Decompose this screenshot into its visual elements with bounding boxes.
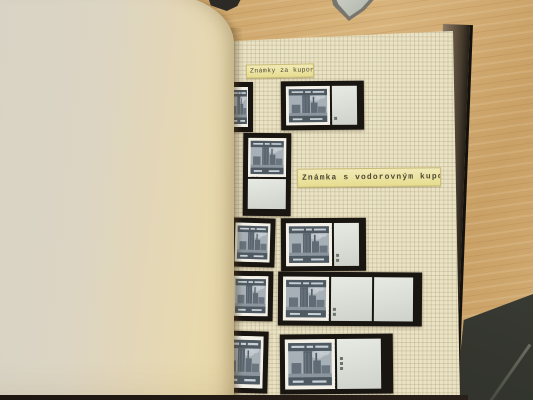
stamp-mount-row4-left xyxy=(228,271,274,322)
album-right-page: Známky za kuponem Známka s vo xyxy=(213,28,460,400)
album-bottom-edge xyxy=(0,395,468,400)
blank-coupon xyxy=(332,86,357,125)
blank-coupon xyxy=(331,277,372,321)
control-marks xyxy=(333,308,336,316)
typed-label-top: Známky za kuponem xyxy=(246,63,314,78)
stamp xyxy=(286,86,330,125)
stamp xyxy=(283,277,329,321)
stamp xyxy=(234,223,270,263)
gray-object-corner xyxy=(327,0,379,21)
stamp-mount-row3-left xyxy=(229,217,275,267)
control-marks xyxy=(340,357,343,370)
stamp xyxy=(286,223,332,266)
blank-coupon xyxy=(337,339,381,389)
blank-coupon xyxy=(248,179,286,209)
photo-of-stamp-album: Známky za kuponem Známka s vo xyxy=(0,0,533,400)
stamp xyxy=(285,339,335,389)
control-marks xyxy=(336,254,339,262)
blank-coupon xyxy=(374,277,413,321)
typed-label-middle: Známka s vodorovným kuponem xyxy=(297,167,441,188)
stamp-mount-row1-right xyxy=(281,81,364,131)
stamp-mount-row2 xyxy=(243,133,292,216)
control-marks xyxy=(334,117,337,120)
blank-coupon xyxy=(334,223,359,266)
stamp xyxy=(248,138,286,177)
stamp-mount-row3-right xyxy=(281,218,366,271)
stamp-mount-row5-right xyxy=(280,334,394,395)
album-left-page xyxy=(0,0,234,400)
stamp-mount-row4-right xyxy=(278,271,422,326)
stamp xyxy=(233,276,269,317)
